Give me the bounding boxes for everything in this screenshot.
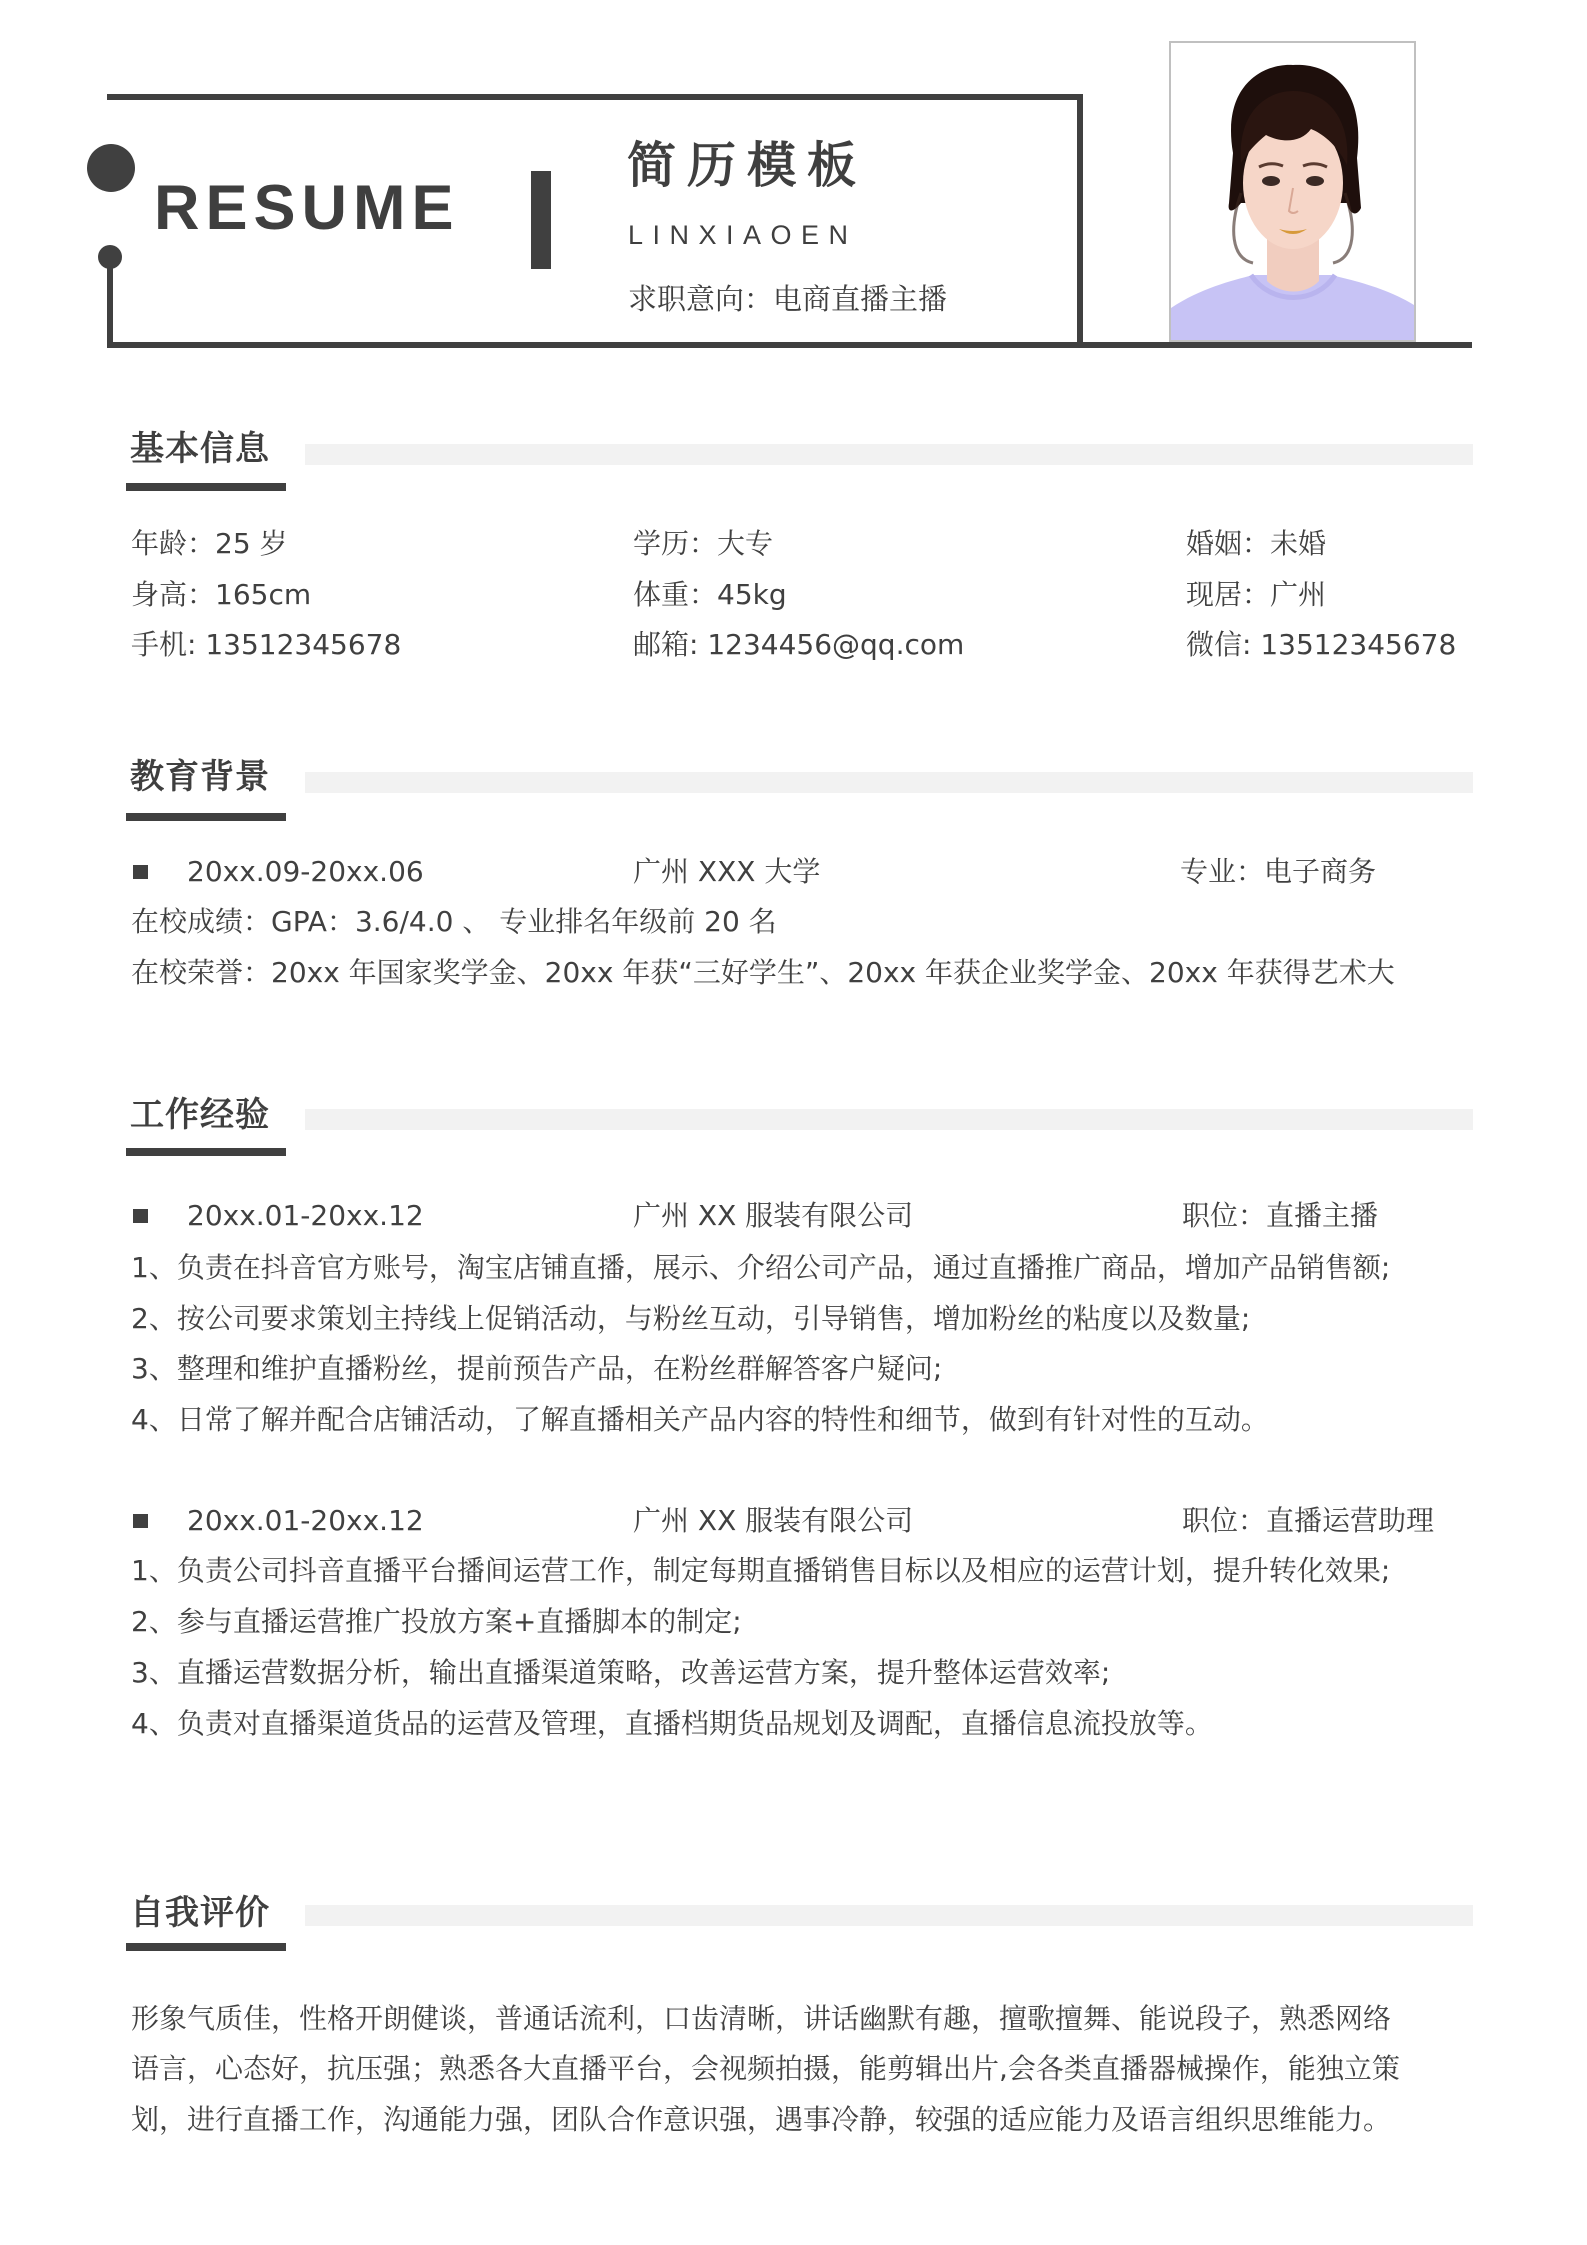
bullet-square-icon — [133, 1209, 148, 1223]
header-frame-left-line — [107, 256, 113, 348]
education-grades: 在校成绩：GPA：3.6/4.0 、 专业排名年级前 20 名 — [131, 904, 777, 940]
section-title-underline — [126, 483, 286, 491]
section-title-self-evaluation: 自我评价 — [130, 1891, 270, 1935]
job-duty: 4、负责对直播渠道货品的运营及管理，直播档期货品规划及调配，直播信息流投放等。 — [131, 1706, 1213, 1742]
info-wechat: 微信: 13512345678 — [1186, 627, 1456, 663]
job-duty: 1、负责在抖音官方账号，淘宝店铺直播，展示、介绍公司产品，通过直播推广商品，增加… — [131, 1250, 1390, 1286]
education-major: 专业：电子商务 — [1180, 854, 1376, 890]
job-period: 20xx.01-20xx.12 — [187, 1503, 424, 1539]
job-company: 广州 XX 服装有限公司 — [633, 1198, 913, 1234]
header-frame-right-line — [1077, 94, 1083, 348]
info-marital-status: 婚姻：未婚 — [1186, 526, 1326, 562]
job-position: 职位：直播运营助理 — [1182, 1503, 1434, 1539]
job-duty: 2、按公司要求策划主持线上促销活动，与粉丝互动，引导销售，增加粉丝的粘度以及数量… — [131, 1301, 1250, 1337]
decorative-small-dot — [98, 245, 122, 269]
section-title-underline — [126, 1943, 286, 1951]
education-period: 20xx.09-20xx.06 — [187, 854, 424, 890]
self-evaluation-line: 划，进行直播工作，沟通能力强，团队合作意识强，遇事冷静，较强的适应能力及语言组织… — [131, 2102, 1391, 2138]
job-duty: 4、日常了解并配合店铺活动，了解直播相关产品内容的特性和细节，做到有针对性的互动… — [131, 1402, 1269, 1438]
section-divider-bar — [305, 444, 1473, 465]
info-phone: 手机: 13512345678 — [131, 627, 401, 663]
resume-heading: RESUME — [154, 172, 460, 244]
job-duty: 3、整理和维护直播粉丝，提前预告产品，在粉丝群解答客户疑问; — [131, 1351, 942, 1387]
header-frame-bottom-line — [107, 342, 1472, 348]
section-title-basic-info: 基本信息 — [130, 427, 270, 471]
section-title-underline — [126, 813, 286, 821]
section-title-underline — [126, 1148, 286, 1156]
decorative-large-dot — [87, 144, 135, 192]
self-evaluation-line: 形象气质佳，性格开朗健谈，普通话流利，口齿清晰，讲话幽默有趣，擅歌擅舞、能说段子… — [131, 2001, 1391, 2037]
job-duty: 1、负责公司抖音直播平台播间运营工作，制定每期直播销售目标以及相应的运营计划，提… — [131, 1553, 1390, 1589]
job-company: 广州 XX 服装有限公司 — [633, 1503, 913, 1539]
section-title-work-experience: 工作经验 — [130, 1093, 270, 1137]
job-objective: 求职意向：电商直播主播 — [628, 280, 947, 318]
section-divider-bar — [305, 772, 1473, 793]
info-email: 邮箱: 1234456@qq.com — [633, 627, 964, 663]
info-age: 年龄：25 岁 — [131, 526, 288, 562]
header-frame-top-line — [107, 94, 1083, 100]
education-school: 广州 XXX 大学 — [633, 854, 820, 890]
candidate-name: LINXIAOEN — [628, 219, 858, 251]
bullet-square-icon — [133, 865, 148, 879]
job-period: 20xx.01-20xx.12 — [187, 1198, 424, 1234]
job-position: 职位：直播主播 — [1182, 1198, 1378, 1234]
portrait-illustration — [1171, 43, 1414, 340]
section-title-education: 教育背景 — [130, 755, 270, 799]
info-weight: 体重：45kg — [633, 577, 787, 613]
job-duty: 2、参与直播运营推广投放方案+直播脚本的制定; — [131, 1604, 742, 1640]
info-height: 身高：165cm — [131, 577, 311, 613]
job-duty: 3、直播运营数据分析，输出直播渠道策略，改善运营方案，提升整体运营效率; — [131, 1655, 1110, 1691]
education-honors: 在校荣誉：20xx 年国家奖学金、20xx 年获“三好学生”、20xx 年获企业… — [131, 955, 1395, 991]
info-residence: 现居：广州 — [1186, 577, 1326, 613]
section-divider-bar — [305, 1905, 1473, 1926]
section-divider-bar — [305, 1109, 1473, 1130]
info-education-level: 学历：大专 — [633, 526, 773, 562]
header-vertical-divider — [531, 171, 551, 269]
resume-title: 简历模板 — [627, 136, 867, 196]
profile-photo — [1169, 41, 1416, 342]
self-evaluation-line: 语言，心态好，抗压强；熟悉各大直播平台，会视频拍摄，能剪辑出片,会各类直播器械操… — [131, 2051, 1400, 2087]
bullet-square-icon — [133, 1514, 148, 1528]
